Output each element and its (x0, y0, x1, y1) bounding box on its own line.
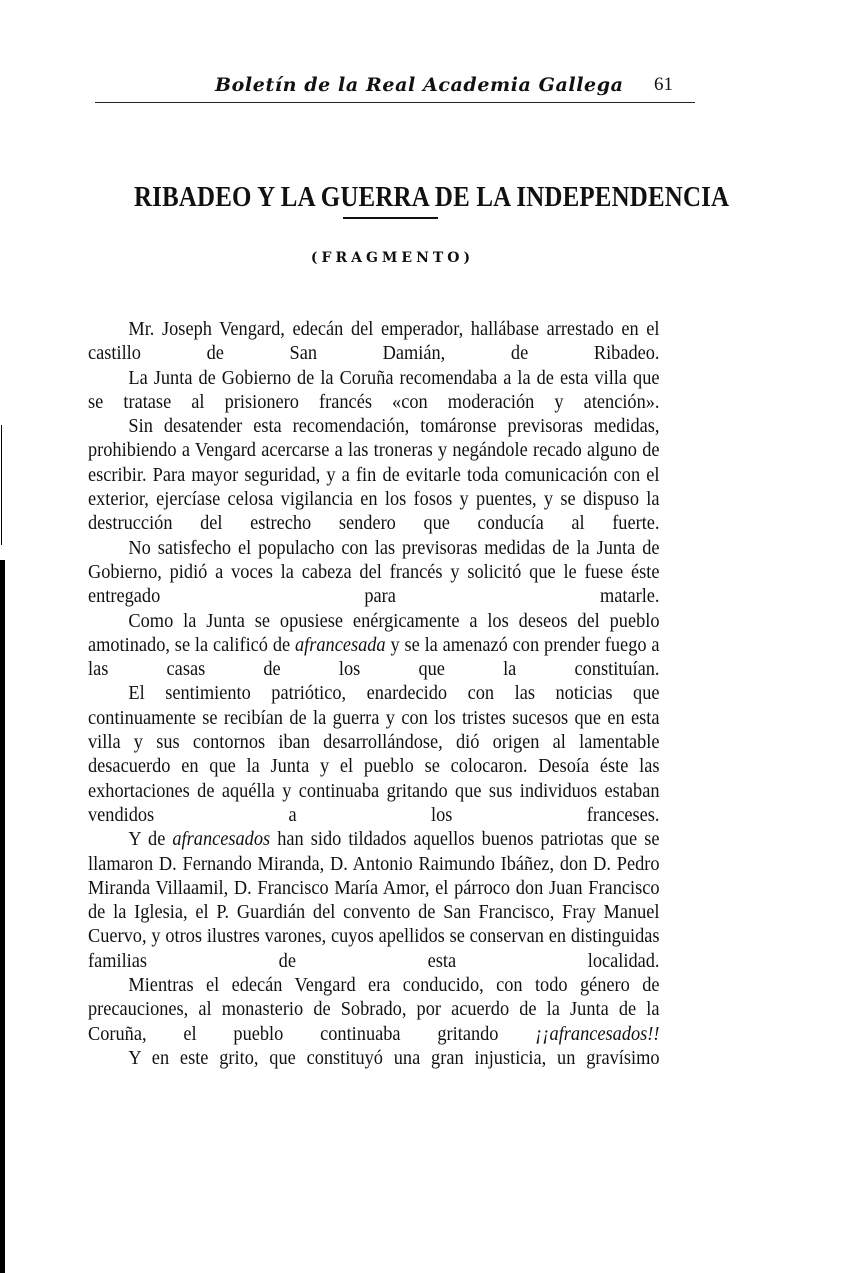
italic-term: afrancesada (295, 635, 386, 656)
paragraph-text: Y en este grito, que constituyó una gran… (128, 1048, 659, 1069)
paragraph: Como la Junta se opusiese enérgicamente … (88, 610, 660, 683)
paragraph-text: Sin desatender esta recomendación, tomár… (88, 416, 660, 534)
title-divider (343, 217, 438, 219)
paragraph: Sin desatender esta recomendación, tomár… (88, 415, 660, 536)
italic-term: afrancesados (172, 829, 270, 850)
paragraph: La Junta de Gobierno de la Coruña recome… (88, 367, 660, 416)
paragraph: Mr. Joseph Vengard, edecán del emperador… (88, 318, 660, 367)
article-title: RIBADEO Y LA GUERRA DE LA INDEPENDENCIA (134, 181, 650, 214)
paragraph-text: Mr. Joseph Vengard, edecán del emperador… (88, 319, 660, 364)
paragraph-text: han sido tildados aquellos buenos patrio… (88, 829, 660, 971)
paragraph-text: El sentimiento patriótico, enardecido co… (88, 683, 660, 825)
paragraph-text: Y de (128, 829, 172, 850)
paragraph: Mientras el edecán Vengard era conducido… (88, 974, 660, 1047)
paragraph: Y en este grito, que constituyó una gran… (88, 1047, 660, 1071)
journal-title: Boletín de la Real Academia Gallega (215, 74, 624, 96)
paragraph: Y de afrancesados han sido tildados aque… (88, 828, 660, 974)
page-number: 61 (654, 74, 673, 96)
running-head: Boletín de la Real Academia Gallega 61 (95, 72, 695, 103)
paragraph: El sentimiento patriótico, enardecido co… (88, 682, 660, 828)
paragraph-text: La Junta de Gobierno de la Coruña recome… (88, 368, 660, 413)
paragraph: No satisfecho el populacho con las previ… (88, 537, 660, 610)
paragraph-text: No satisfecho el populacho con las previ… (88, 538, 660, 608)
italic-term: ¡¡afrancesados!! (535, 1024, 659, 1045)
page-binding-edge-thin (1, 425, 2, 545)
article-body: Mr. Joseph Vengard, edecán del emperador… (88, 318, 660, 1071)
article-subtitle: (FRAGMENTO) (200, 250, 585, 266)
page-binding-edge (0, 560, 5, 1273)
